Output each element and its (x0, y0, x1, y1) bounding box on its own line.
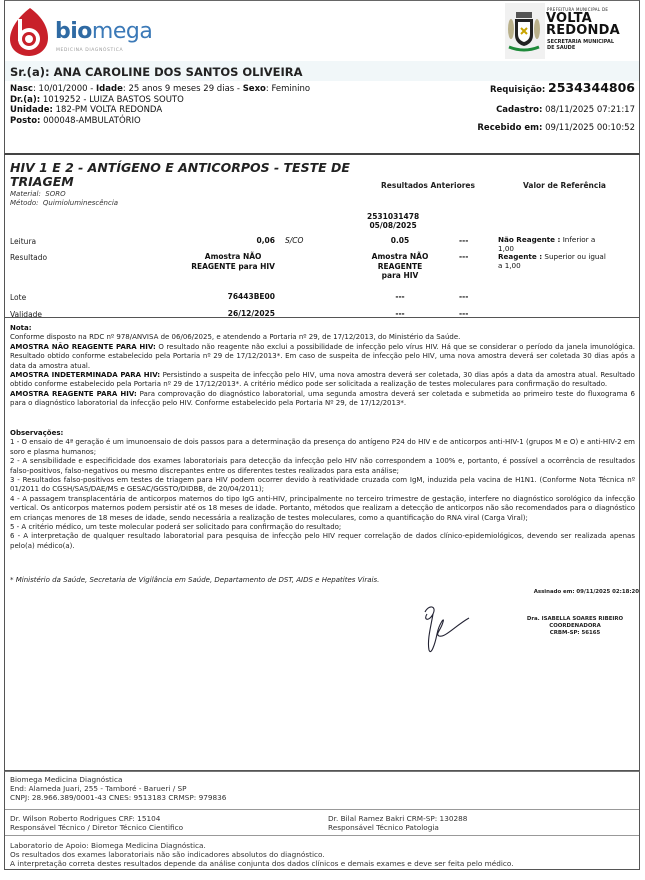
result-value: Amostra NÃOREAGENTE para HIV (191, 252, 275, 271)
row-label: Resultado (10, 253, 47, 262)
row-label: Leitura (10, 237, 36, 246)
registration-date: Cadastro: 08/11/2025 07:21:17 (496, 105, 635, 116)
brand-name: biomega (55, 19, 152, 44)
patient-name: Sr.(a): ANA CAROLINE DOS SANTOS OLIVEIRA (10, 65, 303, 79)
received-date: Recebido em: 09/11/2025 00:10:52 (477, 123, 635, 134)
signature-icon (415, 600, 475, 658)
requisition: Requisição: 2534344806 (490, 83, 635, 96)
notes-section: Nota: Conforme disposto na RDC nº 978/AN… (4, 318, 640, 771)
note-block: Nota: Conforme disposto na RDC nº 978/AN… (10, 324, 635, 409)
unit: Unidade: 182-PM VOLTA REDONDA (10, 105, 310, 116)
responsible-staff: Dr. Wilson Roberto Rodrigues CRF: 15104R… (5, 810, 639, 836)
patient-info: Nasc: 10/01/2000 - Idade: 25 anos 9 mese… (4, 81, 640, 155)
doctor: Dr.(a): 1019252 - LUIZA BASTOS SOUTO (10, 95, 310, 106)
reference-values: Não Reagente : Inferior a 1,00 Reagente … (498, 236, 608, 270)
observations-block: Observações: 1 - O ensaio de 4ª geração … (10, 429, 635, 551)
previous-result-id: 253103147805/08/2025 (367, 212, 419, 230)
city-department: SECRETARIA MUNICIPALDE SAUDE (547, 39, 614, 51)
footnote: * Ministério da Saúde, Secretaria de Vig… (10, 576, 635, 585)
signer: Dra. ISABELLA SOARES RIBEIRO COORDENADOR… (515, 616, 635, 637)
reading-unit: S/CO (285, 236, 303, 245)
exam-title: HIV 1 E 2 - ANTÍGENO E ANTICORPOS - TEST… (10, 161, 350, 189)
exam-meta: Material: SORO Método: Quimioluminescênc… (10, 190, 118, 207)
city-crest-icon (507, 9, 541, 53)
report-footer: Biomega Medicina Diagnóstica End: Alamed… (4, 771, 640, 870)
biomega-logo: biomega MEDICINA DIAGNÓSTICA (8, 7, 168, 59)
brand-tagline: MEDICINA DIAGNÓSTICA (56, 48, 123, 53)
birth-age-sex: Nasc: 10/01/2000 - Idade: 25 anos 9 mese… (10, 84, 310, 95)
post: Posto: 000048-AMBULATÓRIO (10, 116, 310, 127)
city-logo: PREFEITURA MUNICIPAL DE VOLTAREDONDA SEC… (505, 3, 639, 59)
lab-report: biomega MEDICINA DIAGNÓSTICA PREFEITURA … (4, 0, 640, 870)
lot-value: 76443BE00 (228, 292, 275, 302)
patient-band: Sr.(a): ANA CAROLINE DOS SANTOS OLIVEIRA (4, 61, 640, 81)
row-label: Lote (10, 293, 26, 302)
previous-results-header: Resultados Anteriores (381, 181, 475, 190)
city-name: VOLTAREDONDA (546, 13, 620, 37)
reading-value: 0,06 (256, 236, 275, 246)
report-header: biomega MEDICINA DIAGNÓSTICA PREFEITURA … (4, 0, 640, 61)
lab-info: Biomega Medicina Diagnóstica End: Alamed… (5, 772, 639, 810)
previous-result: Amostra NÃOREAGENTEpara HIV (355, 252, 445, 281)
support-lab-disclaimer: Laboratorio de Apoio: Biomega Medicina D… (5, 836, 639, 869)
previous-reading: 0.05 (365, 236, 435, 246)
reference-header: Valor de Referência (523, 181, 606, 190)
biomega-drop-icon (8, 7, 50, 57)
signed-at: Assinado em: 09/11/2025 02:18:20 (534, 588, 639, 597)
